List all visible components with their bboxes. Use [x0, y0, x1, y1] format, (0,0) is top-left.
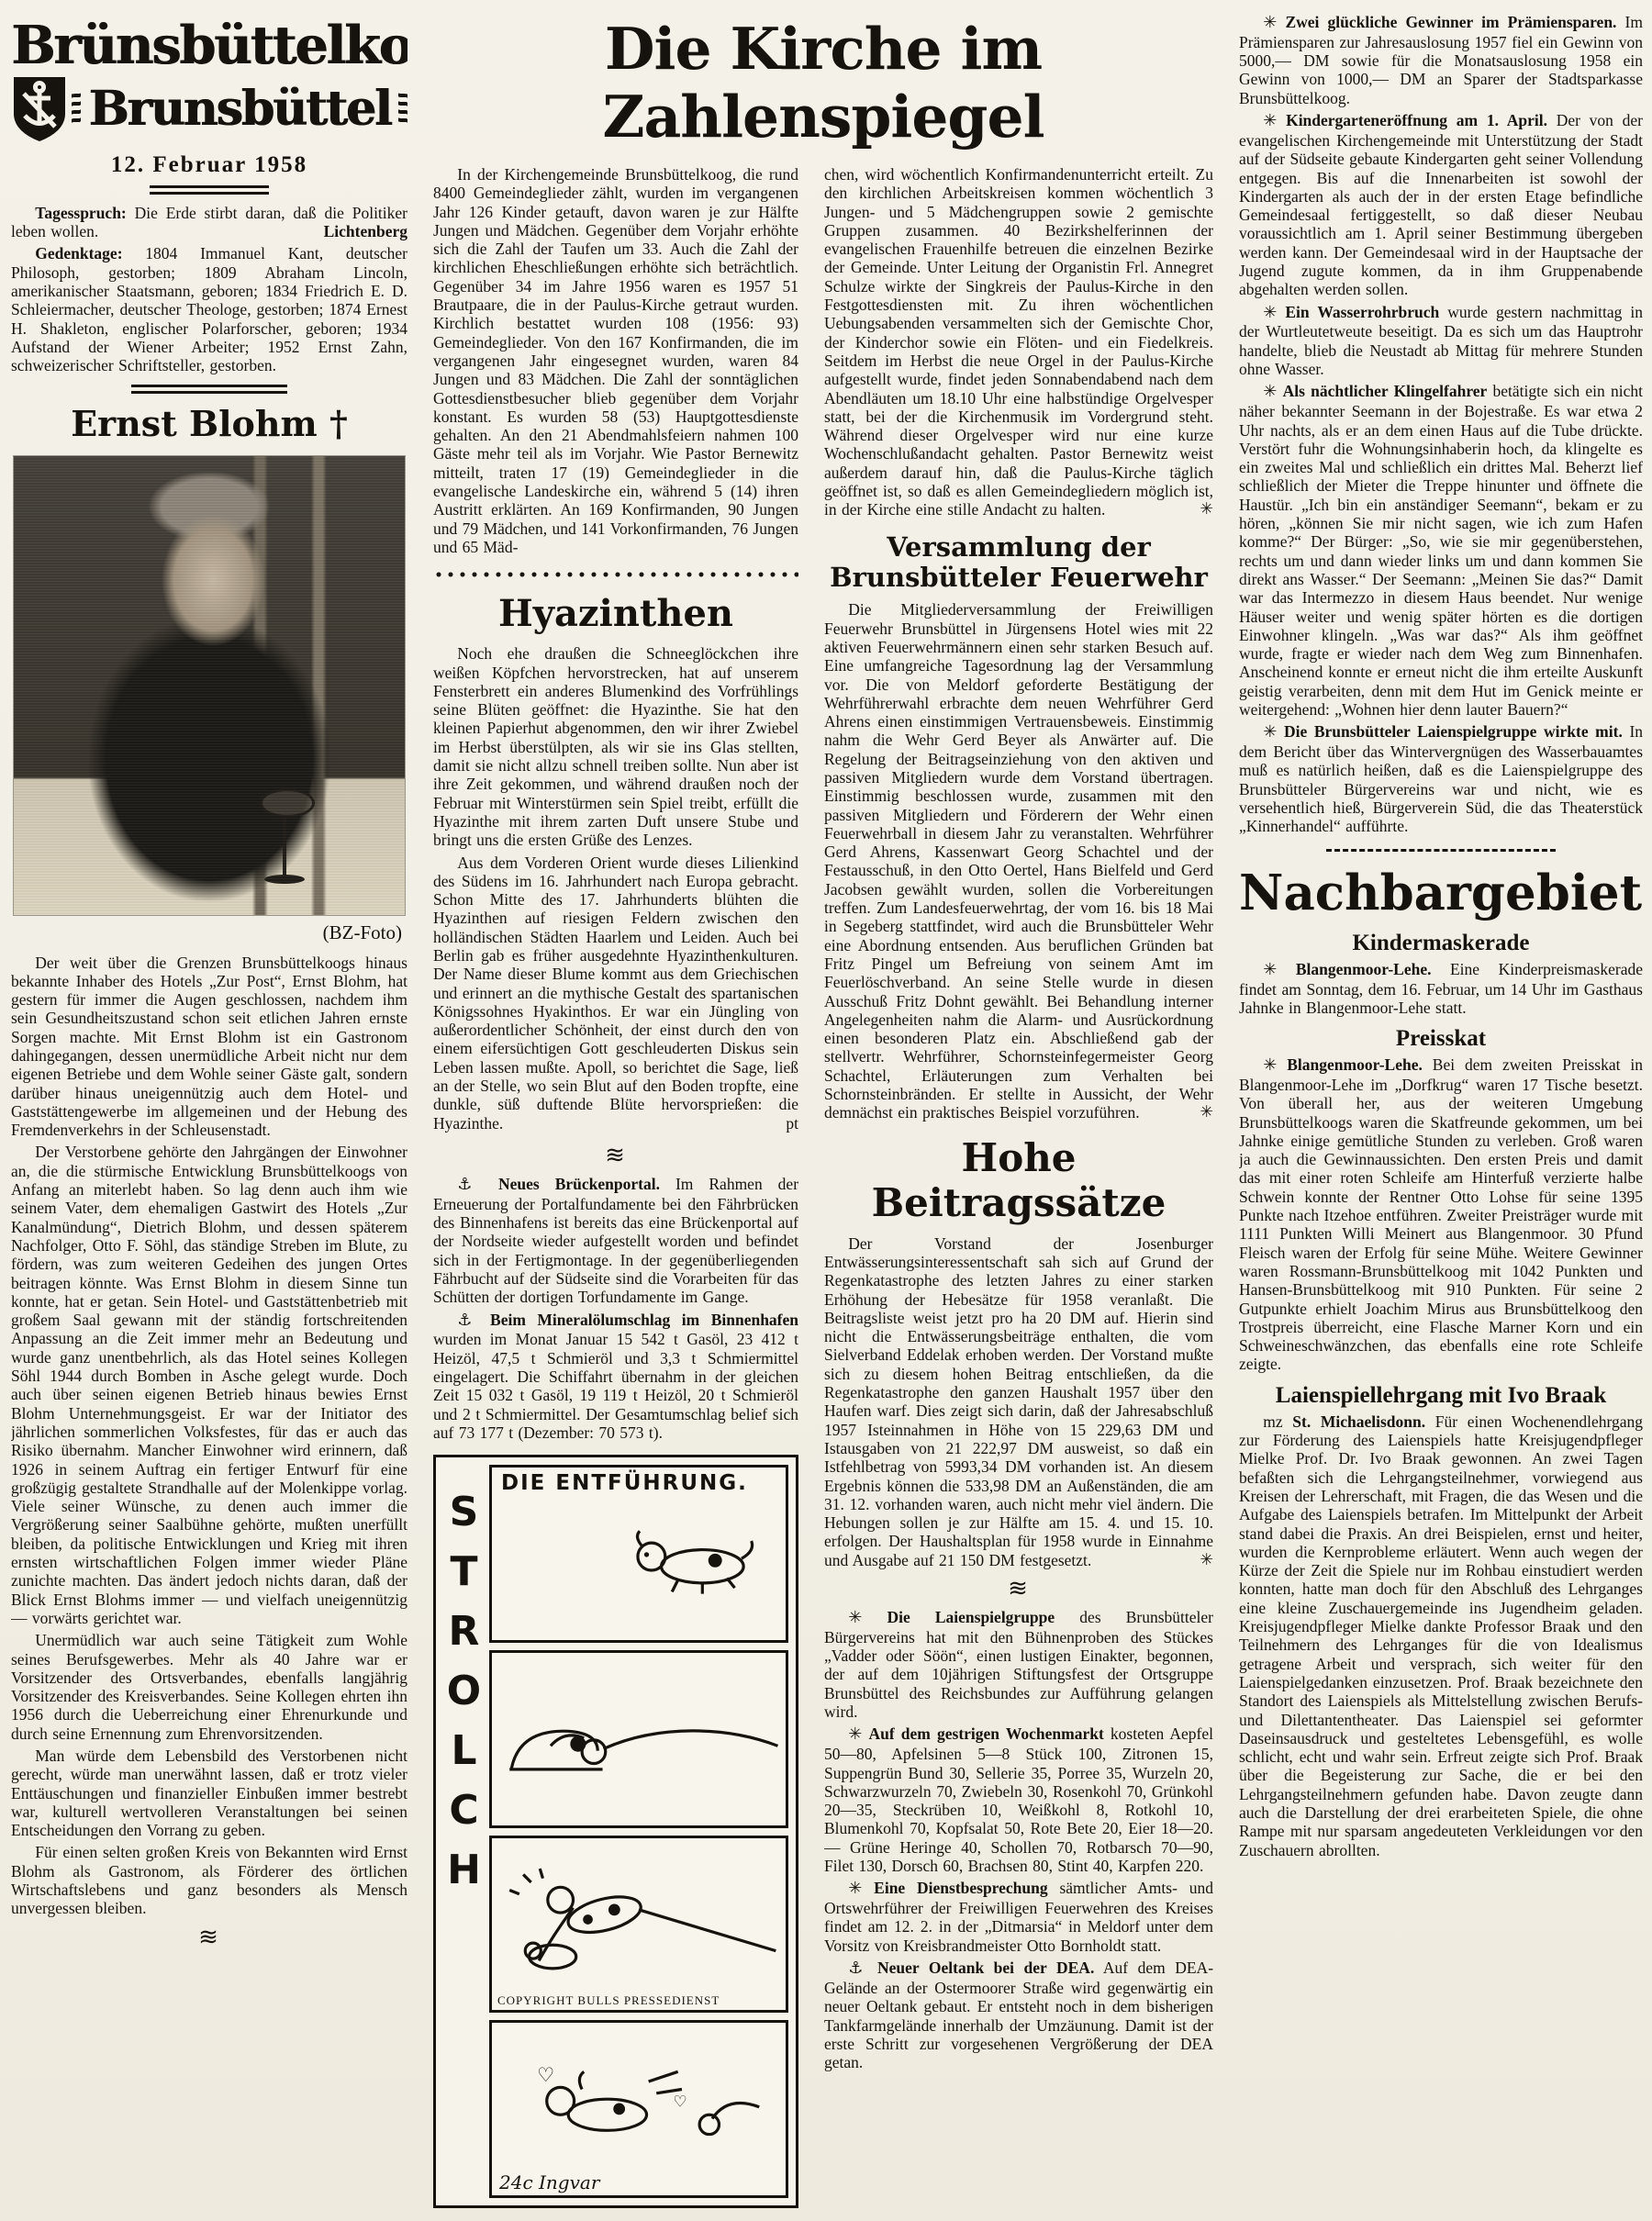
news-item-oeltank: ⚓ Neuer Oeltank bei der DEA. Auf dem DEA… — [824, 1959, 1213, 2071]
main-headline: Die Kirche im Zahlenspiegel — [433, 15, 1213, 151]
feuerwehr-title-line2: Brunsbütteler Feuerwehr — [830, 562, 1208, 593]
star-icon: ✳ — [1263, 722, 1277, 742]
obituary-paragraph: Man würde dem Lebensbild des Verstorbene… — [11, 1747, 407, 1839]
masthead: Brünsbüttelkoog Brunsbüttel 12. Februa — [11, 18, 407, 195]
news-item-lead: Blangenmoor-Lehe. — [1296, 960, 1432, 978]
issue-date: 12. Februar 1958 — [11, 152, 407, 178]
feuerwehr-title-line1: Versammlung der — [887, 531, 1151, 563]
news-item-lead: Die Laienspielgruppe — [887, 1608, 1055, 1626]
correspondent-code: mz — [1263, 1412, 1282, 1431]
comic-panel-1: DIE ENTFÜHRUNG. — [489, 1465, 788, 1643]
news-item-lead: Neuer Oeltank bei der DEA. — [877, 1959, 1094, 1977]
news-item-text: Der von der evangelischen Kirchengemeind… — [1239, 111, 1643, 298]
comic-panels: DIE ENTFÜHRUNG. — [489, 1465, 788, 2198]
running-dog-icon — [492, 1468, 786, 1640]
column-3: chen, wird wöchentlich Konfirmandenunter… — [824, 165, 1213, 2208]
news-item-kindermaskerade: ✳ Blangenmoor-Lehe. Eine Kinderpreismask… — [1239, 960, 1643, 1017]
news-item-text: betätigte sich ein nicht näher bekannter… — [1239, 382, 1643, 719]
masthead-flourish-right — [398, 93, 407, 125]
news-item-lead: Ein Wasserrohrbruch — [1285, 303, 1439, 321]
chain-ornament — [433, 569, 798, 581]
star-icon: ✳ — [848, 1608, 862, 1627]
svg-text:♡: ♡ — [537, 2064, 554, 2087]
hyazinthen-title: Hyazinthen — [433, 592, 798, 635]
obituary-photo — [13, 455, 406, 916]
section-subtitle: Laienspiellehrgang mit Ivo Braak — [1239, 1383, 1643, 1409]
dog-pulling-leash-icon — [492, 1838, 786, 2011]
masthead-title-line1: Brünsbüttelkoog — [11, 18, 407, 73]
news-item-mineraloel: ⚓ Beim Mineralölumschlag im Binnenhafen … — [433, 1311, 798, 1443]
comic-artist-signature: 24c Ingvar — [499, 2171, 599, 2193]
news-item-lead: Eine Dienstbesprechung — [874, 1879, 1047, 1897]
kirche-text: chen, wird wöchentlich Konfirmandenunter… — [824, 165, 1213, 519]
news-item-laienspielgruppe-korrektur: ✳ Die Brunsbütteler Laienspielgruppe wir… — [1239, 722, 1643, 835]
comic-strip: STROLCH DIE ENTFÜHRUNG. — [433, 1455, 798, 2208]
comic-panel-3: COPYRIGHT BULLS PRESSEDIENST — [489, 1836, 788, 2014]
star-icon: ✳ — [1263, 303, 1277, 322]
end-star-icon: ✳ — [1176, 1103, 1213, 1122]
masthead-title-line2: Brunsbüttel — [88, 85, 390, 133]
hyazinthen-text: Aus dem Vorderen Orient wurde dieses Lil… — [433, 854, 798, 1133]
divider-squiggle: ≋ — [824, 1575, 1213, 1602]
divider — [131, 385, 287, 394]
news-item-lead: Auf dem gestrigen Wochenmarkt — [868, 1724, 1103, 1743]
left-column: Brünsbüttelkoog Brunsbüttel 12. Februa — [11, 13, 407, 2208]
nachbargebiete-title: Nachbargebiete — [1239, 865, 1643, 921]
news-item-wasserrohrbruch: ✳ Ein Wasserrohrbruch wurde gestern nach… — [1239, 303, 1643, 379]
masthead-flourish-left — [72, 93, 81, 125]
column-4: ✳ Zwei glückliche Gewinner im Prämienspa… — [1239, 13, 1643, 2208]
star-icon: ✳ — [1263, 960, 1277, 979]
comic-panel-4: ♡ ♡ 24c Ingvar — [489, 2020, 788, 2198]
anchor-shield-icon — [11, 75, 68, 143]
end-squiggle: ≋ — [11, 1924, 407, 1951]
gedenktage: Gedenktage: 1804 Immanuel Kant, deutsche… — [11, 244, 407, 374]
column-2: In der Kirchengemeinde Brunsbüttelkoog, … — [433, 165, 798, 2208]
news-item-text: kosteten Aepfel 50—80, Apfelsinen 5—8 St… — [824, 1724, 1213, 1875]
anchor-icon: ⚓ — [457, 1311, 478, 1330]
comic-copyright: COPYRIGHT BULLS PRESSEDIENST — [497, 1993, 720, 2008]
obituary-paragraph: Der weit über die Grenzen Brunsbüttelkoo… — [11, 954, 407, 1140]
anchor-icon: ⚓ — [848, 1959, 867, 1978]
news-item-preisskat: ✳ Blangenmoor-Lehe. Bei dem zweiten Prei… — [1239, 1055, 1643, 1374]
section-subtitle: Kindermaskerade — [1239, 931, 1643, 956]
comic-panel-2 — [489, 1650, 788, 1828]
news-item-lead: Kindergarteneröffnung am 1. April. — [1286, 111, 1547, 129]
news-item-dienstbesprechung: ✳ Eine Dienstbesprechung sämtlicher Amts… — [824, 1879, 1213, 1955]
feuerwehr-article: Die Mitgliederversammlung der Freiwillig… — [824, 600, 1213, 1122]
gedenktage-label: Gedenktage: — [35, 244, 122, 262]
glass-in-photo — [260, 788, 309, 898]
news-item-praemiensparen: ✳ Zwei glückliche Gewinner im Prämienspa… — [1239, 13, 1643, 107]
news-item-kindergarten: ✳ Kindergarteneröffnung am 1. April. Der… — [1239, 111, 1643, 299]
news-item-text: wurden im Monat Januar 15 542 t Gasöl, 2… — [433, 1330, 798, 1441]
news-item-lead: Beim Mineralölumschlag im Binnenhafen — [490, 1311, 798, 1329]
photo-caption: (BZ-Foto) — [11, 921, 402, 944]
gedenktage-text: 1804 Immanuel Kant, deutscher Philosoph,… — [11, 244, 407, 374]
news-item-lead: Die Brunsbütteler Laienspielgruppe wirkt… — [1284, 722, 1623, 741]
news-item-text: Für einen Wochenendlehrgang zur Förderun… — [1239, 1412, 1643, 1859]
kirche-article-part1: In der Kirchengemeinde Brunsbüttelkoog, … — [433, 165, 798, 556]
author-initials: pt — [762, 1114, 798, 1133]
obituary-paragraph: Der Verstorbene gehörte den Jahrgängen d… — [11, 1143, 407, 1627]
news-item-text: Bei dem zweiten Preisskat in Blangenmoor… — [1239, 1055, 1643, 1373]
anchor-icon: ⚓ — [457, 1175, 483, 1194]
star-icon: ✳ — [1263, 111, 1277, 130]
obituary-paragraph: Für einen selten großen Kreis von Bekann… — [11, 1843, 407, 1917]
divider — [150, 185, 269, 195]
star-icon: ✳ — [848, 1879, 862, 1898]
star-icon: ✳ — [1263, 13, 1277, 32]
dog-in-basket-icon — [492, 1653, 786, 1825]
news-item-text: Im Rahmen der Erneuerung der Portalfunda… — [433, 1175, 798, 1306]
hyazinthen-paragraph: Noch ehe draußen die Schneeglöckchen ihr… — [433, 644, 798, 849]
divider-dashed — [1326, 849, 1556, 852]
news-item-lead: Als nächtlicher Klingelfahrer — [1283, 382, 1488, 400]
hyazinthen-paragraph: Aus dem Vorderen Orient wurde dieses Lil… — [433, 854, 798, 1133]
beitrag-text: Der Vorstand der Josenburger Entwässerun… — [824, 1234, 1213, 1569]
news-item-lead: Neues Brückenportal. — [498, 1175, 660, 1193]
end-star-icon: ✳ — [1176, 1551, 1213, 1569]
kirche-article-part2: chen, wird wöchentlich Konfirmandenunter… — [824, 165, 1213, 519]
end-star-icon: ✳ — [1200, 500, 1213, 519]
tagesspruch: Tagesspruch: Die Erde stirbt daran, daß … — [11, 204, 407, 241]
svg-text:♡: ♡ — [673, 2093, 686, 2112]
feuerwehr-text: Die Mitgliederversammlung der Freiwillig… — [824, 600, 1213, 1122]
news-item-lead: Blangenmoor-Lehe. — [1287, 1055, 1423, 1074]
star-icon: ✳ — [1263, 382, 1277, 401]
dogs-in-love-icon: ♡ ♡ — [492, 2023, 786, 2195]
beitrag-title: Hohe Beitragssätze — [824, 1135, 1213, 1225]
beitrag-article: Der Vorstand der Josenburger Entwässerun… — [824, 1234, 1213, 1569]
section-subtitle: Preisskat — [1239, 1026, 1643, 1052]
divider-squiggle: ≋ — [433, 1142, 798, 1169]
news-item-brueckenportal: ⚓ Neues Brückenportal. Im Rahmen der Ern… — [433, 1175, 798, 1307]
tagesspruch-author: Lichtenberg — [299, 222, 407, 240]
newspaper-page: Brünsbüttelkoog Brunsbüttel 12. Februa — [0, 0, 1652, 2221]
tagesspruch-label: Tagesspruch: — [35, 204, 127, 222]
obituary-paragraph: Unermüdlich war auch seine Tätigkeit zum… — [11, 1631, 407, 1743]
news-item-lead: Zwei glückliche Gewinner im Prämienspare… — [1285, 13, 1616, 31]
news-item-laienspiellehrgang: mz St. Michaelisdonn. Für einen Wochenen… — [1239, 1412, 1643, 1859]
obituary-title: Ernst Blohm † — [11, 403, 407, 444]
star-icon: ✳ — [848, 1724, 862, 1744]
feuerwehr-title: Versammlung der Brunsbütteler Feuerwehr — [824, 532, 1213, 594]
comic-series-name: STROLCH — [443, 1465, 484, 2198]
main-headline-block: Die Kirche im Zahlenspiegel — [433, 13, 1213, 165]
news-item-laienspielgruppe: ✳ Die Laienspielgruppe des Brunsbütteler… — [824, 1608, 1213, 1721]
news-item-lead: St. Michaelisdonn. — [1292, 1412, 1425, 1431]
star-icon: ✳ — [1263, 1055, 1277, 1075]
news-item-wochenmarkt: ✳ Auf dem gestrigen Wochenmarkt kosteten… — [824, 1724, 1213, 1875]
news-item-klingelfahrer: ✳ Als nächtlicher Klingelfahrer betätigt… — [1239, 382, 1643, 719]
